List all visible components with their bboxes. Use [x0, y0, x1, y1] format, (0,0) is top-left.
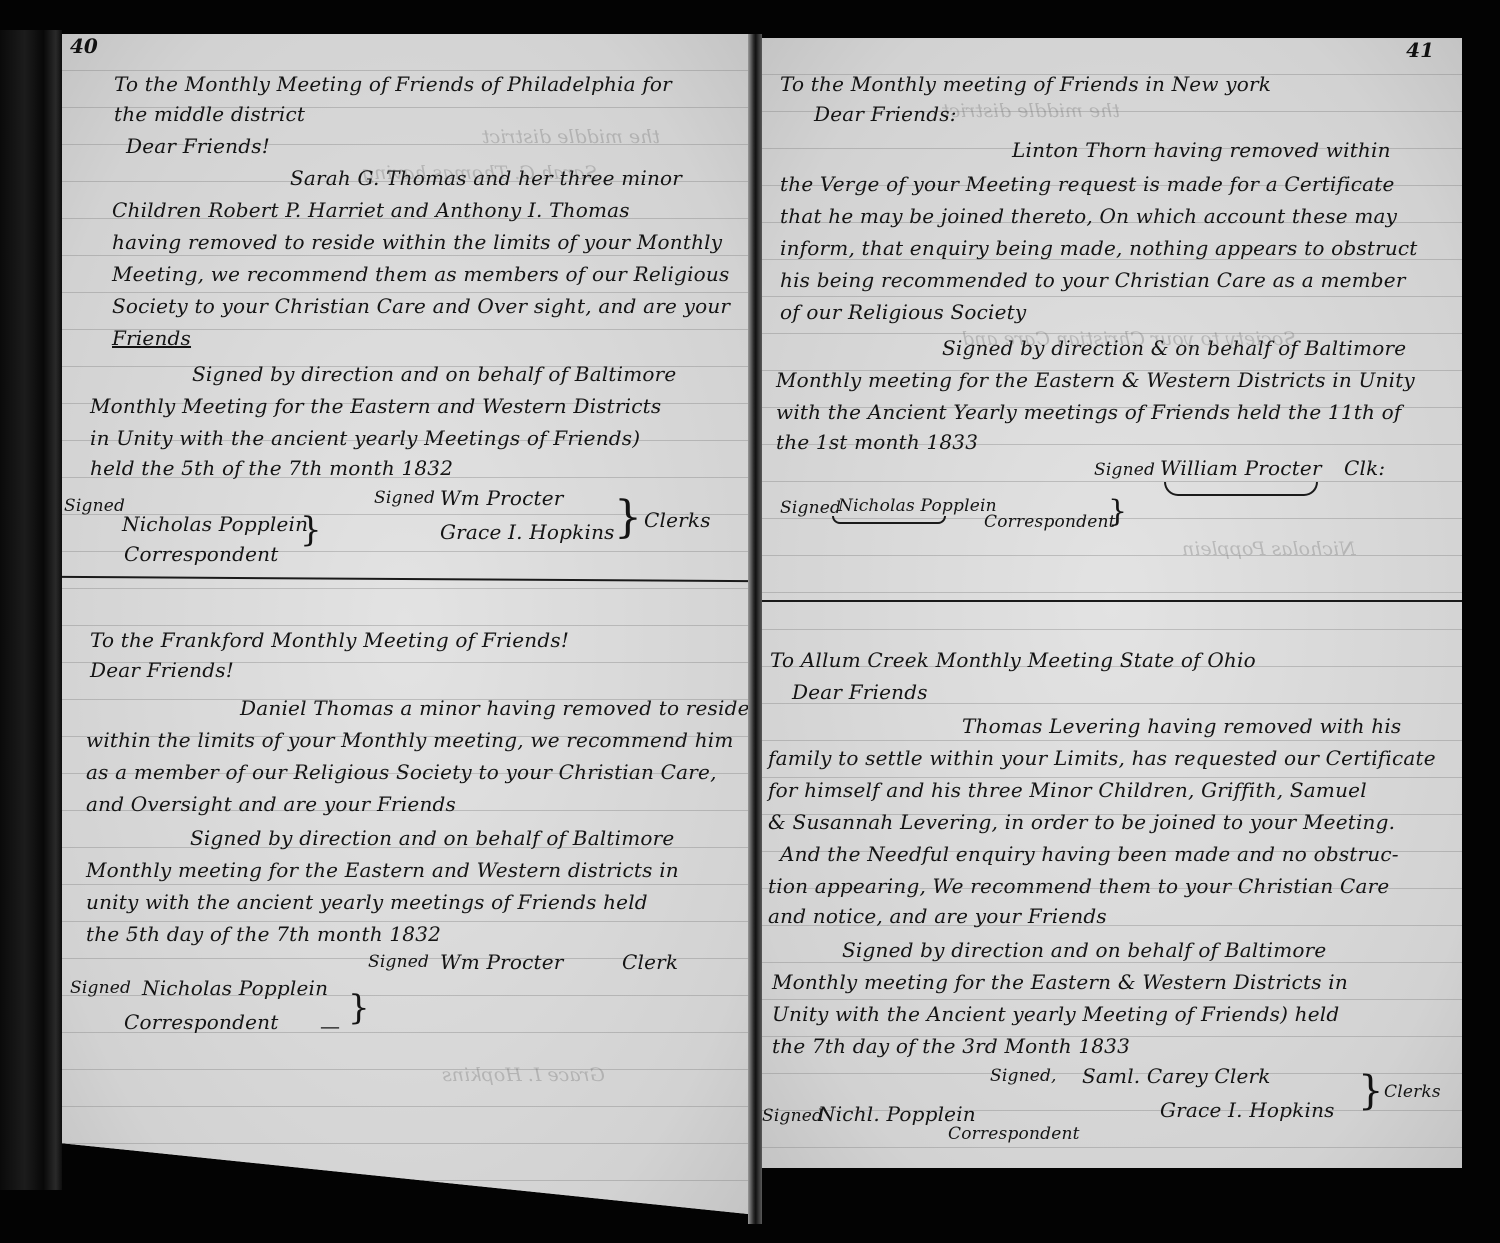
salutation: Dear Friends!	[126, 134, 270, 158]
correspondent-title: Correspondent	[948, 1124, 1080, 1144]
left-page: 40 the middle district Sarah G. Thomas h…	[62, 34, 748, 1214]
body-line: and Oversight and are your Friends	[86, 792, 456, 816]
salutation: Dear Friends	[792, 680, 928, 704]
clerk-name: Grace I. Hopkins	[440, 520, 615, 544]
entry-divider	[62, 576, 748, 582]
correspondent-name: Nicholas Popplein	[838, 496, 997, 516]
signed-by-line: held the 5th of the 7th month 1832	[90, 456, 453, 480]
salutation: Dear Friends!	[90, 658, 234, 682]
brace-glyph: }	[300, 510, 322, 550]
body-line: Friends	[112, 326, 191, 350]
body-line: Linton Thorn having removed within	[1012, 138, 1391, 162]
signature-prefix: Signed	[368, 952, 429, 972]
bleed-through-text: the middle district	[482, 126, 660, 148]
entry-divider	[762, 600, 1462, 602]
signed-by-line: the 5th day of the 7th month 1832	[86, 922, 441, 946]
clerk-title: Clerks	[644, 508, 711, 532]
correspondent-title: Correspondent	[984, 512, 1116, 532]
signed-by-line: with the Ancient Yearly meetings of Frie…	[776, 400, 1401, 424]
body-line: having removed to reside within the limi…	[112, 230, 722, 254]
signature-prefix: Signed	[780, 498, 841, 518]
signed-by-line: Monthly meeting for the Eastern & Wester…	[776, 368, 1415, 392]
brace-glyph: }	[1108, 494, 1127, 529]
signed-by-line: Monthly meeting for the Eastern and West…	[86, 858, 679, 882]
book-binding-edge	[0, 30, 62, 1190]
body-line: Meeting, we recommend them as members of…	[112, 262, 729, 286]
signed-by-line: Signed by direction and on behalf of Bal…	[192, 362, 676, 386]
page-number-left: 40	[70, 34, 98, 58]
clerk-name: Wm Procter	[440, 950, 564, 974]
body-line: Sarah G. Thomas and her three minor	[290, 166, 682, 190]
signature-prefix: Signed	[64, 496, 125, 516]
signed-by-line: Signed by direction & on behalf of Balti…	[942, 336, 1406, 360]
signed-by-line: Unity with the Ancient yearly Meeting of…	[772, 1002, 1339, 1026]
body-line: tion appearing, We recommend them to you…	[768, 874, 1389, 898]
clerk-name: Wm Procter	[440, 486, 564, 510]
scanned-ledger-spread: 40 the middle district Sarah G. Thomas h…	[0, 0, 1500, 1243]
body-line: within the limits of your Monthly meetin…	[86, 728, 734, 752]
brace-glyph: }	[348, 988, 370, 1028]
body-line: the Verge of your Meeting request is mad…	[780, 172, 1395, 196]
signature-prefix: Signed	[70, 978, 131, 998]
clerk-title: Clerk	[622, 950, 678, 974]
signed-by-line: the 7th day of the 3rd Month 1833	[772, 1034, 1130, 1058]
body-line: And the Needful enquiry having been made…	[780, 842, 1399, 866]
body-line: of our Religious Society	[780, 300, 1026, 324]
signed-by-line: unity with the ancient yearly meetings o…	[86, 890, 648, 914]
body-line: Thomas Levering having removed with his	[962, 714, 1401, 738]
correspondent-name: Nicholas Popplein	[142, 976, 328, 1000]
salutation: Dear Friends:	[814, 102, 957, 126]
body-line: and notice, and are your Friends	[768, 904, 1107, 928]
signed-by-line: in Unity with the ancient yearly Meeting…	[90, 426, 640, 450]
signed-by-line: the 1st month 1833	[776, 430, 978, 454]
body-line: that he may be joined thereto, On which …	[780, 204, 1397, 228]
signed-by-line: Monthly Meeting for the Eastern and West…	[90, 394, 661, 418]
body-line: Daniel Thomas a minor having removed to …	[240, 696, 748, 720]
clerk-title: Clerks	[1384, 1082, 1441, 1102]
signature-flourish	[832, 516, 946, 524]
correspondent-title: Correspondent	[124, 542, 278, 566]
bleed-through-text: Nicholas Popplein	[1182, 538, 1356, 560]
signature-prefix: Signed	[1094, 460, 1155, 480]
correspondent-name: Nichl. Popplein	[818, 1102, 976, 1126]
body-line: & Susannah Levering, in order to be join…	[768, 810, 1395, 834]
address-line: To the Monthly meeting of Friends in New…	[780, 72, 1271, 96]
bleed-through-text: the middle district	[942, 100, 1120, 122]
right-page: 41 the middle district Society to your C…	[762, 38, 1462, 1168]
body-line: his being recommended to your Christian …	[780, 268, 1406, 292]
signature-flourish	[1164, 482, 1318, 496]
body-line: as a member of our Religious Society to …	[86, 760, 717, 784]
address-line: To the Frankford Monthly Meeting of Frie…	[90, 628, 569, 652]
dash-mark: —	[320, 1014, 340, 1038]
signature-prefix: Signed	[374, 488, 435, 508]
brace-glyph: }	[614, 492, 642, 543]
body-line: for himself and his three Minor Children…	[768, 778, 1367, 802]
signature-prefix: Signed,	[990, 1066, 1057, 1086]
body-line: Children Robert P. Harriet and Anthony I…	[112, 198, 630, 222]
address-line: To Allum Creek Monthly Meeting State of …	[770, 648, 1256, 672]
signed-by-line: Signed by direction and on behalf of Bal…	[842, 938, 1326, 962]
correspondent-name: Nicholas Popplein	[122, 512, 308, 536]
clerk-name: William Procter	[1160, 456, 1322, 480]
bleed-through-text: Grace I. Hopkins	[442, 1064, 605, 1086]
signature-prefix: Signed	[762, 1106, 823, 1126]
address-line: To the Monthly Meeting of Friends of Phi…	[114, 72, 672, 96]
address-line: the middle district	[114, 102, 305, 126]
correspondent-title: Correspondent	[124, 1010, 278, 1034]
body-line: inform, that enquiry being made, nothing…	[780, 236, 1418, 260]
body-line: family to settle within your Limits, has…	[768, 746, 1436, 770]
brace-glyph: }	[1358, 1068, 1383, 1114]
clerk-title: Clk:	[1344, 456, 1385, 480]
signed-by-line: Signed by direction and on behalf of Bal…	[190, 826, 674, 850]
body-line: Society to your Christian Care and Over …	[112, 294, 730, 318]
signed-by-line: Monthly meeting for the Eastern & Wester…	[772, 970, 1348, 994]
clerk-name: Grace I. Hopkins	[1160, 1098, 1335, 1122]
book-gutter	[748, 34, 762, 1224]
clerk-name: Saml. Carey Clerk	[1082, 1064, 1271, 1088]
page-number-right: 41	[1406, 38, 1434, 62]
